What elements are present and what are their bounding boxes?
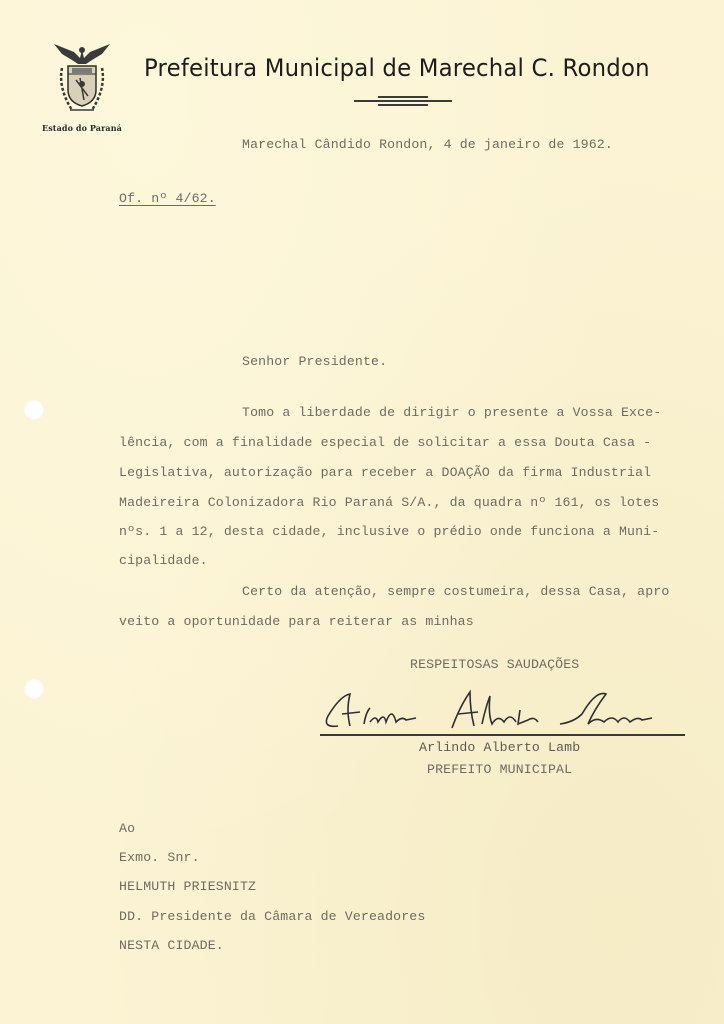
- state-label: Estado do Paraná: [42, 123, 122, 133]
- body-line: Certo da atenção, sempre costumeira, des…: [242, 584, 669, 599]
- letterhead-title: Prefeitura Municipal de Marechal C. Rond…: [144, 54, 650, 82]
- salutation: Senhor Presidente.: [242, 354, 387, 369]
- reference-number: Of. nº 4/62.: [119, 191, 216, 206]
- letter-page: Estado do Paraná Prefeitura Municipal de…: [0, 0, 724, 1024]
- signer-title: PREFEITO MUNICIPAL: [427, 762, 572, 777]
- body-line: cipalidade.: [119, 553, 208, 568]
- title-ornament: [354, 95, 452, 107]
- addressee-line: NESTA CIDADE.: [119, 938, 224, 953]
- addressee-line: Exmo. Snr.: [119, 850, 200, 865]
- punch-hole: [24, 400, 44, 420]
- addressee-line: Ao: [119, 821, 135, 836]
- handwritten-signature: [320, 686, 660, 740]
- closing: RESPEITOSAS SAUDAÇÕES: [410, 657, 579, 672]
- addressee-line: DD. Presidente da Câmara de Vereadores: [119, 909, 425, 924]
- signature-line: [320, 734, 685, 736]
- body-line: Madeireira Colonizadora Rio Paraná S/A.,…: [119, 495, 659, 510]
- coat-of-arms-icon: [50, 40, 114, 116]
- body-line: Tomo a liberdade de dirigir o presente a…: [242, 405, 661, 420]
- body-line: nºs. 1 a 12, desta cidade, inclusive o p…: [119, 524, 659, 539]
- signer-name: Arlindo Alberto Lamb: [419, 740, 580, 755]
- body-line: veito a oportunidade para reiterar as mi…: [119, 614, 474, 629]
- body-line: Legislativa, autorização para receber a …: [119, 465, 651, 480]
- place-date: Marechal Cândido Rondon, 4 de janeiro de…: [242, 137, 613, 152]
- body-line: lência, com a finalidade especial de sol…: [119, 435, 651, 450]
- addressee-line: HELMUTH PRIESNITZ: [119, 879, 256, 894]
- punch-hole: [24, 679, 44, 699]
